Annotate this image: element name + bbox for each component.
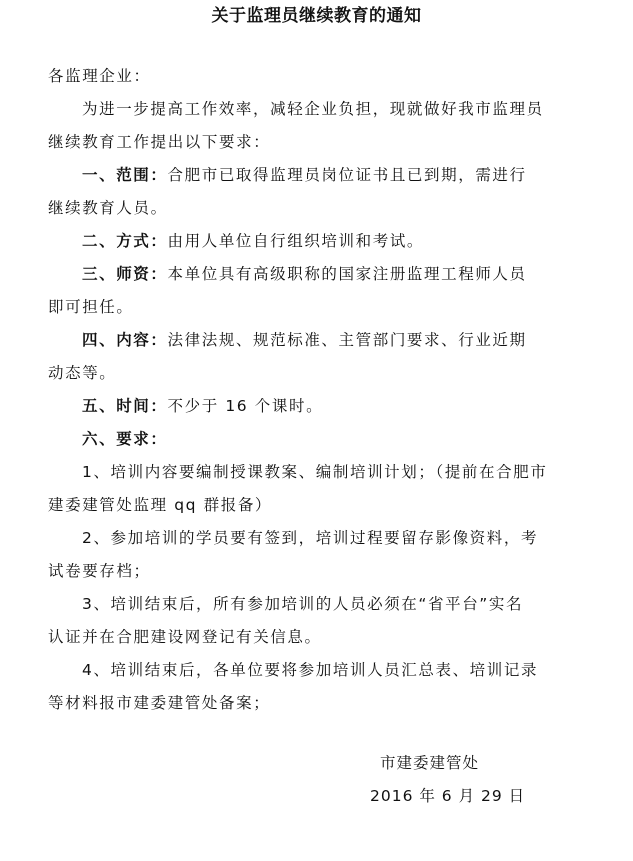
section-text: 合肥市已取得监理员岗位证书且已到期，需进行 <box>168 166 527 184</box>
intro-line-1: 为进一步提高工作效率，减轻企业负担，现就做好我市监理员 <box>82 98 544 120</box>
section-scope-continued: 继续教育人员。 <box>48 197 168 219</box>
section-teachers: 三、师资：本单位具有高级职称的国家注册监理工程师人员 <box>82 263 527 285</box>
document-title: 关于监理员继续教育的通知 <box>0 4 633 28</box>
section-content-continued: 动态等。 <box>48 362 116 384</box>
section-method: 二、方式：由用人单位自行组织培训和考试。 <box>82 230 424 252</box>
section-text: 由用人单位自行组织培训和考试。 <box>168 232 425 250</box>
section-heading: 四、内容： <box>82 331 168 349</box>
signature-issuer: 市建委建管处 <box>380 752 479 774</box>
section-content: 四、内容：法律法规、规范标准、主管部门要求、行业近期 <box>82 329 527 351</box>
section-text: 不少于 16 个课时。 <box>168 397 324 415</box>
requirement-item-4: 4、培训结束后，各单位要将参加培训人员汇总表、培训记录 <box>82 659 538 681</box>
requirement-item-2-continued: 试卷要存档； <box>48 560 151 582</box>
requirement-item-1-continued: 建委建管处监理 qq 群报备） <box>48 494 272 516</box>
signature-date: 2016 年 6 月 29 日 <box>370 785 525 807</box>
intro-line-2: 继续教育工作提出以下要求： <box>48 131 270 153</box>
salutation: 各监理企业： <box>48 65 151 87</box>
requirement-item-1: 1、培训内容要编制授课教案、编制培训计划；（提前在合肥市 <box>82 461 547 483</box>
requirement-item-4-continued: 等材料报市建委建管处备案； <box>48 692 270 714</box>
section-heading: 二、方式： <box>82 232 168 250</box>
requirement-item-3-continued: 认证并在合肥建设网登记有关信息。 <box>48 626 322 648</box>
section-text: 本单位具有高级职称的国家注册监理工程师人员 <box>168 265 527 283</box>
requirement-item-2: 2、参加培训的学员要有签到，培训过程要留存影像资料，考 <box>82 527 538 549</box>
section-scope: 一、范围：合肥市已取得监理员岗位证书且已到期，需进行 <box>82 164 527 186</box>
section-heading: 一、范围： <box>82 166 168 184</box>
section-requirements-heading: 六、要求： <box>82 428 168 450</box>
section-teachers-continued: 即可担任。 <box>48 296 134 318</box>
section-time: 五、时间：不少于 16 个课时。 <box>82 395 323 417</box>
section-heading: 三、师资： <box>82 265 168 283</box>
section-text: 法律法规、规范标准、主管部门要求、行业近期 <box>168 331 527 349</box>
requirement-item-3: 3、培训结束后，所有参加培训的人员必须在“省平台”实名 <box>82 593 523 615</box>
section-heading: 五、时间： <box>82 397 168 415</box>
